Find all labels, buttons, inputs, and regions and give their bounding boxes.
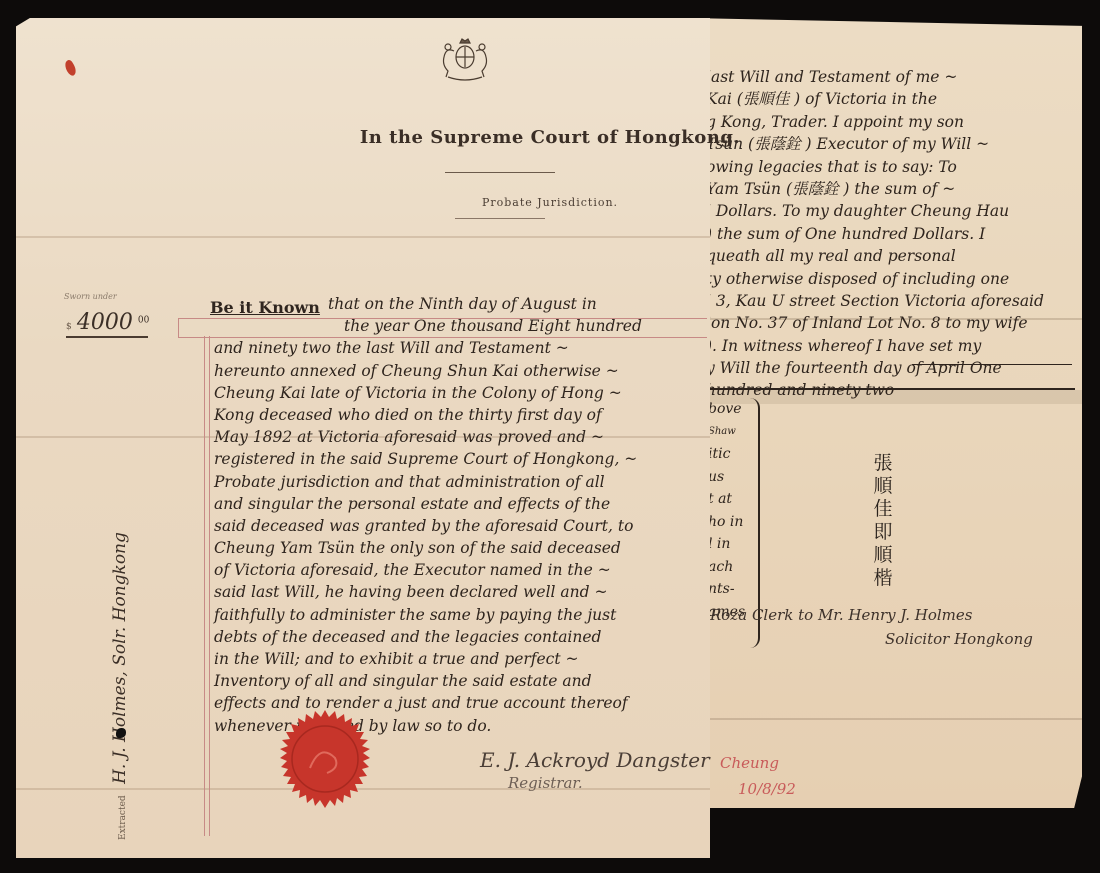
fold-line bbox=[16, 236, 710, 238]
body-line: hereunto annexed of Cheung Shun Kai othe… bbox=[214, 360, 714, 382]
will-line: y Will the fourteenth day of April One bbox=[706, 357, 1086, 379]
will-line: Kai (張順佳 ) of Victoria in the bbox=[706, 88, 1086, 110]
body-line: Inventory of all and singular the said e… bbox=[214, 670, 714, 692]
body-line: Cheung Yam Tsün the only son of the said… bbox=[214, 537, 714, 559]
royal-coat-of-arms-icon bbox=[430, 35, 500, 85]
amount-cents: 00 bbox=[138, 316, 149, 326]
signature-char: 順 bbox=[872, 475, 894, 498]
body-line: Probate jurisdiction and that administra… bbox=[214, 471, 714, 493]
will-line: queath all my real and personal bbox=[706, 245, 1086, 267]
signature-char: 佳 bbox=[872, 498, 894, 521]
red-annotation-date: 10/8/92 bbox=[738, 780, 796, 798]
body-line: debts of the deceased and the legacies c… bbox=[214, 626, 714, 648]
body-line: faithfully to administer the same by pay… bbox=[214, 604, 714, 626]
will-line: ). In witness whereof I have set my bbox=[706, 335, 1086, 357]
ornamental-rule bbox=[455, 218, 545, 219]
red-wax-seal-icon bbox=[270, 708, 380, 818]
chinese-signature: 張 順 佳 即 順 楷 bbox=[872, 452, 894, 590]
registrar-title: Registrar. bbox=[508, 774, 583, 792]
body-line: said last Will, he having been declared … bbox=[214, 581, 714, 603]
body-line: in the Will; and to exhibit a true and p… bbox=[214, 648, 714, 670]
sworn-amount: $ 4000 00 bbox=[66, 310, 149, 335]
will-line: owing legacies that is to say: To bbox=[706, 156, 1086, 178]
amount-underline bbox=[66, 336, 148, 338]
extracted-label: Extracted bbox=[118, 795, 128, 840]
title-rule bbox=[445, 172, 555, 173]
body-line: of Victoria aforesaid, the Executor name… bbox=[214, 559, 714, 581]
signature-char: 即 bbox=[872, 521, 894, 544]
body-line: said deceased was granted by the aforesa… bbox=[214, 515, 714, 537]
ink-blot bbox=[116, 728, 126, 738]
will-line: ion No. 37 of Inland Lot No. 8 to my wif… bbox=[706, 312, 1086, 334]
signature-char: 順 bbox=[872, 544, 894, 567]
body-line: that on the Ninth day of August in bbox=[214, 293, 714, 315]
red-annotation-name: Cheung bbox=[720, 754, 779, 772]
sworn-label: Sworn under bbox=[64, 292, 117, 301]
body-line: registered in the said Supreme Court of … bbox=[214, 448, 714, 470]
red-margin-rule bbox=[204, 336, 210, 836]
signature-char: 張 bbox=[872, 452, 894, 475]
closing-rule bbox=[912, 364, 1072, 365]
certificate-body: that on the Ninth day of August in the y… bbox=[214, 293, 714, 737]
will-line: ) the sum of One hundred Dollars. I bbox=[706, 223, 1086, 245]
amount-value: 4000 bbox=[77, 310, 133, 335]
witness-line-1: Roza Clerk to Mr. Henry J. Holmes bbox=[710, 606, 973, 624]
body-line: May 1892 at Victoria aforesaid was prove… bbox=[214, 426, 714, 448]
will-line: l 3, Kau U street Section Victoria afore… bbox=[706, 290, 1086, 312]
registrar-signature: E. J. Ackroyd Dangster bbox=[480, 748, 710, 772]
body-line: Kong deceased who died on the thirty fir… bbox=[214, 404, 714, 426]
will-line: hundred and ninety two bbox=[706, 379, 1086, 401]
solicitor-name: H. J. Holmes, Solr. Hongkong bbox=[110, 532, 130, 784]
extracted-by-note: Extracted H. J. Holmes, Solr. Hongkong bbox=[110, 532, 130, 840]
signature-char: 楷 bbox=[872, 567, 894, 590]
document-title: In the Supreme Court of Hongkong. bbox=[0, 127, 1100, 148]
document-subtitle: Probate Jurisdiction. bbox=[0, 196, 1100, 209]
fold-line bbox=[690, 718, 1082, 720]
will-line: last Will and Testament of me ~ bbox=[706, 66, 1086, 88]
currency-symbol: $ bbox=[66, 322, 72, 332]
body-line: and singular the personal estate and eff… bbox=[214, 493, 714, 515]
will-text: last Will and Testament of me ~ Kai (張順佳… bbox=[706, 66, 1086, 402]
witness-line-2: Solicitor Hongkong bbox=[885, 630, 1033, 648]
section-rule bbox=[705, 388, 1075, 390]
body-line: Cheung Kai late of Victoria in the Colon… bbox=[214, 382, 714, 404]
body-line: and ninety two the last Will and Testame… bbox=[214, 337, 714, 359]
will-line: ty otherwise disposed of including one bbox=[706, 268, 1086, 290]
body-line: the year One thousand Eight hundred bbox=[214, 315, 714, 337]
